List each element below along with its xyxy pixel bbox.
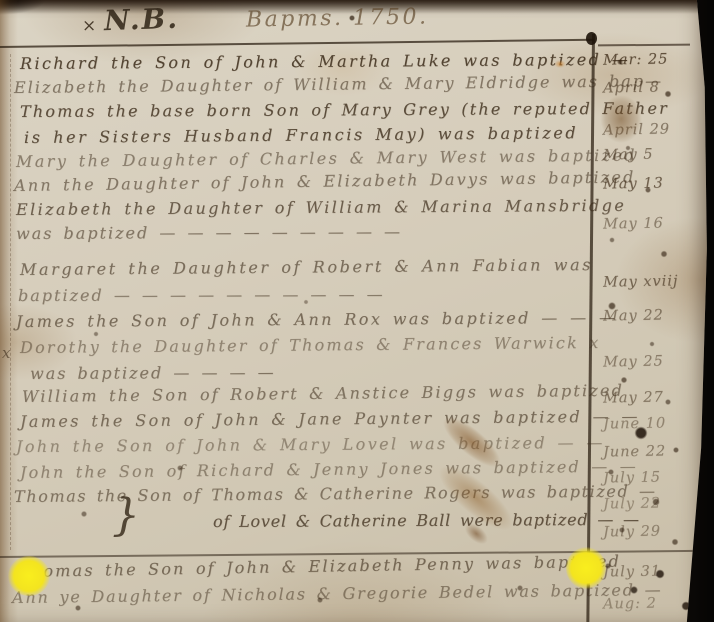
margin-cross-mark: x (2, 344, 10, 362)
date-entry: May 5 (603, 147, 654, 164)
register-line: James the Son of John & Ann Rox was bapt… (16, 308, 618, 331)
date-entry: May 16 (603, 215, 664, 232)
date-entry: May 25 (603, 353, 664, 370)
date-entry: June 10 (603, 415, 666, 432)
date-column-rule (586, 34, 594, 622)
register-line: Richard the Son of John & Martha Luke wa… (20, 50, 630, 73)
header-cross-mark: × (82, 16, 96, 36)
rule-junction-blot (586, 32, 597, 45)
register-line: baptized — — — — — — — — — — (18, 285, 385, 305)
date-entry: July 29 (603, 523, 661, 540)
date-entry: June 22 (603, 443, 666, 460)
register-line: of Lovel & Catherine Ball were baptized … (213, 510, 640, 531)
register-line: Mary the Daughter of Charles & Mary West… (16, 145, 637, 171)
register-line: Thomas the base born Son of Mary Grey (t… (20, 99, 669, 121)
register-line: was baptized — — — — — — — — — (16, 222, 402, 243)
manuscript-photo: × N.B. Bapms. 1750. Richard the Son of J… (0, 0, 714, 622)
register-line: William the Son of Robert & Anstice Bigg… (22, 381, 624, 406)
date-entry: May 13 (603, 175, 664, 192)
register-line: Margaret the Daughter of Robert & Ann Fa… (20, 255, 593, 279)
register-line: Ann the Daughter of John & Elizabeth Dav… (14, 167, 636, 195)
date-entry: July 31 (603, 563, 661, 580)
register-line: Ann ye Daughter of Nicholas & Gregorie B… (12, 580, 663, 607)
register-line: Elizabeth the Daughter of William & Mari… (16, 196, 626, 219)
left-margin-rule (10, 54, 11, 550)
register-line: John the Son of Richard & Jenny Jones wa… (20, 457, 638, 482)
date-entry: April 8 (603, 80, 660, 97)
register-line: was baptized — — — — (30, 363, 276, 383)
register-line: James the Son of John & Jane Paynter was… (20, 407, 640, 431)
register-line: Thomas the Son of Thomas & Catherine Rog… (14, 481, 657, 506)
header-rule-right (598, 44, 690, 47)
register-line: Dorothy the Daughter of Thomas & Frances… (20, 333, 601, 357)
nb-label: N.B. (103, 2, 179, 38)
date-entry: Mar: 25 (603, 51, 669, 68)
register-line: Elizabeth the Daughter of William & Mary… (14, 71, 663, 97)
register-line: John the Son of John & Mary Lovel was ba… (16, 433, 605, 456)
date-entry: May 27 (603, 389, 664, 406)
right-highlight-dot (566, 547, 606, 589)
twin-entry-brace: } (112, 490, 140, 541)
date-entry: May 22 (603, 307, 664, 324)
header-rule (0, 39, 594, 48)
register-line: is her Sisters Husband Francis May) was … (24, 123, 578, 147)
register-page: × N.B. Bapms. 1750. Richard the Son of J… (0, 0, 714, 622)
page-title: Bapms. 1750. (246, 4, 429, 32)
date-entry: Aug: 2 (603, 596, 657, 613)
date-entry: July 15 (603, 469, 661, 486)
date-entry: May xviij (603, 273, 679, 290)
left-highlight-dot (8, 556, 50, 596)
date-entry: April 29 (603, 121, 670, 138)
date-entry: July 22 (603, 495, 661, 512)
